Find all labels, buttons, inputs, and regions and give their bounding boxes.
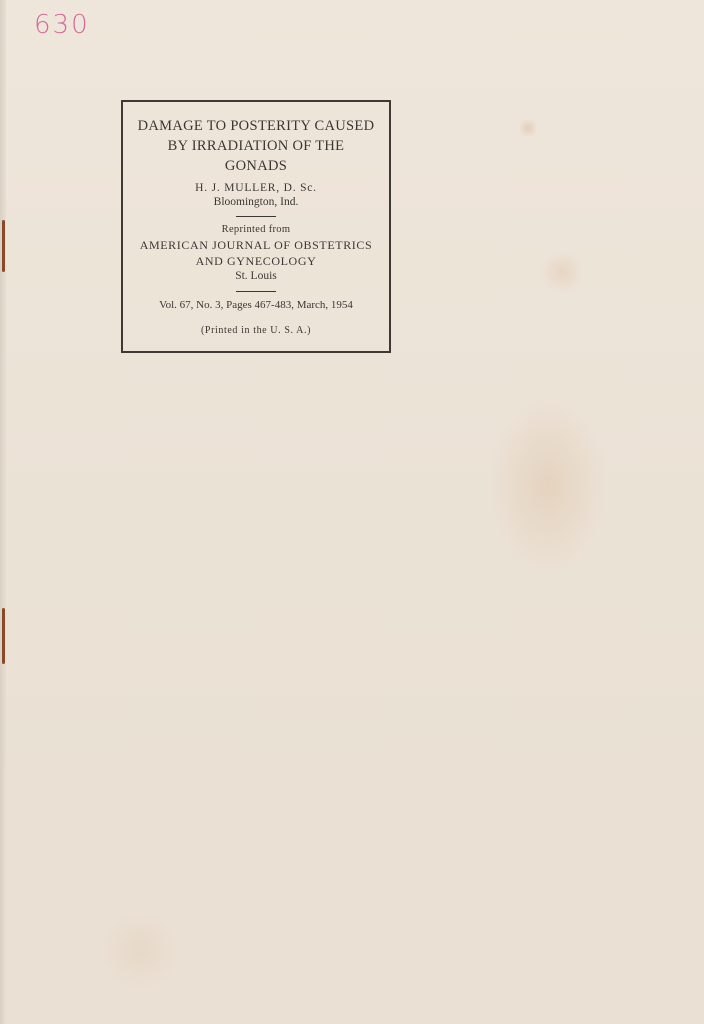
document-cover: 630 DAMAGE TO POSTERITY CAUSED BY IRRADI… xyxy=(0,0,704,1024)
journal-line: AND GYNECOLOGY xyxy=(123,253,389,269)
staple-top xyxy=(2,220,5,272)
divider xyxy=(236,216,276,217)
title-line: DAMAGE TO POSTERITY CAUSED xyxy=(123,116,389,136)
journal-name: AMERICAN JOURNAL OF OBSTETRICS AND GYNEC… xyxy=(123,237,389,269)
handwritten-number: 630 xyxy=(34,10,90,40)
staple-bottom xyxy=(2,608,5,664)
reprinted-from: Reprinted from xyxy=(123,223,389,237)
title-label-box: DAMAGE TO POSTERITY CAUSED BY IRRADIATIO… xyxy=(121,100,391,353)
divider xyxy=(236,291,276,292)
author: H. J. MULLER, D. Sc. xyxy=(123,181,389,195)
document-title: DAMAGE TO POSTERITY CAUSED BY IRRADIATIO… xyxy=(123,116,389,176)
publisher-city: St. Louis xyxy=(123,269,389,284)
title-line: BY IRRADIATION OF THE xyxy=(123,136,389,156)
citation: Vol. 67, No. 3, Pages 467-483, March, 19… xyxy=(123,298,389,312)
printed-note: (Printed in the U. S. A.) xyxy=(123,324,389,338)
title-line: GONADS xyxy=(123,156,389,176)
spine-edge xyxy=(0,0,6,1024)
journal-line: AMERICAN JOURNAL OF OBSTETRICS xyxy=(123,237,389,253)
affiliation: Bloomington, Ind. xyxy=(123,195,389,209)
